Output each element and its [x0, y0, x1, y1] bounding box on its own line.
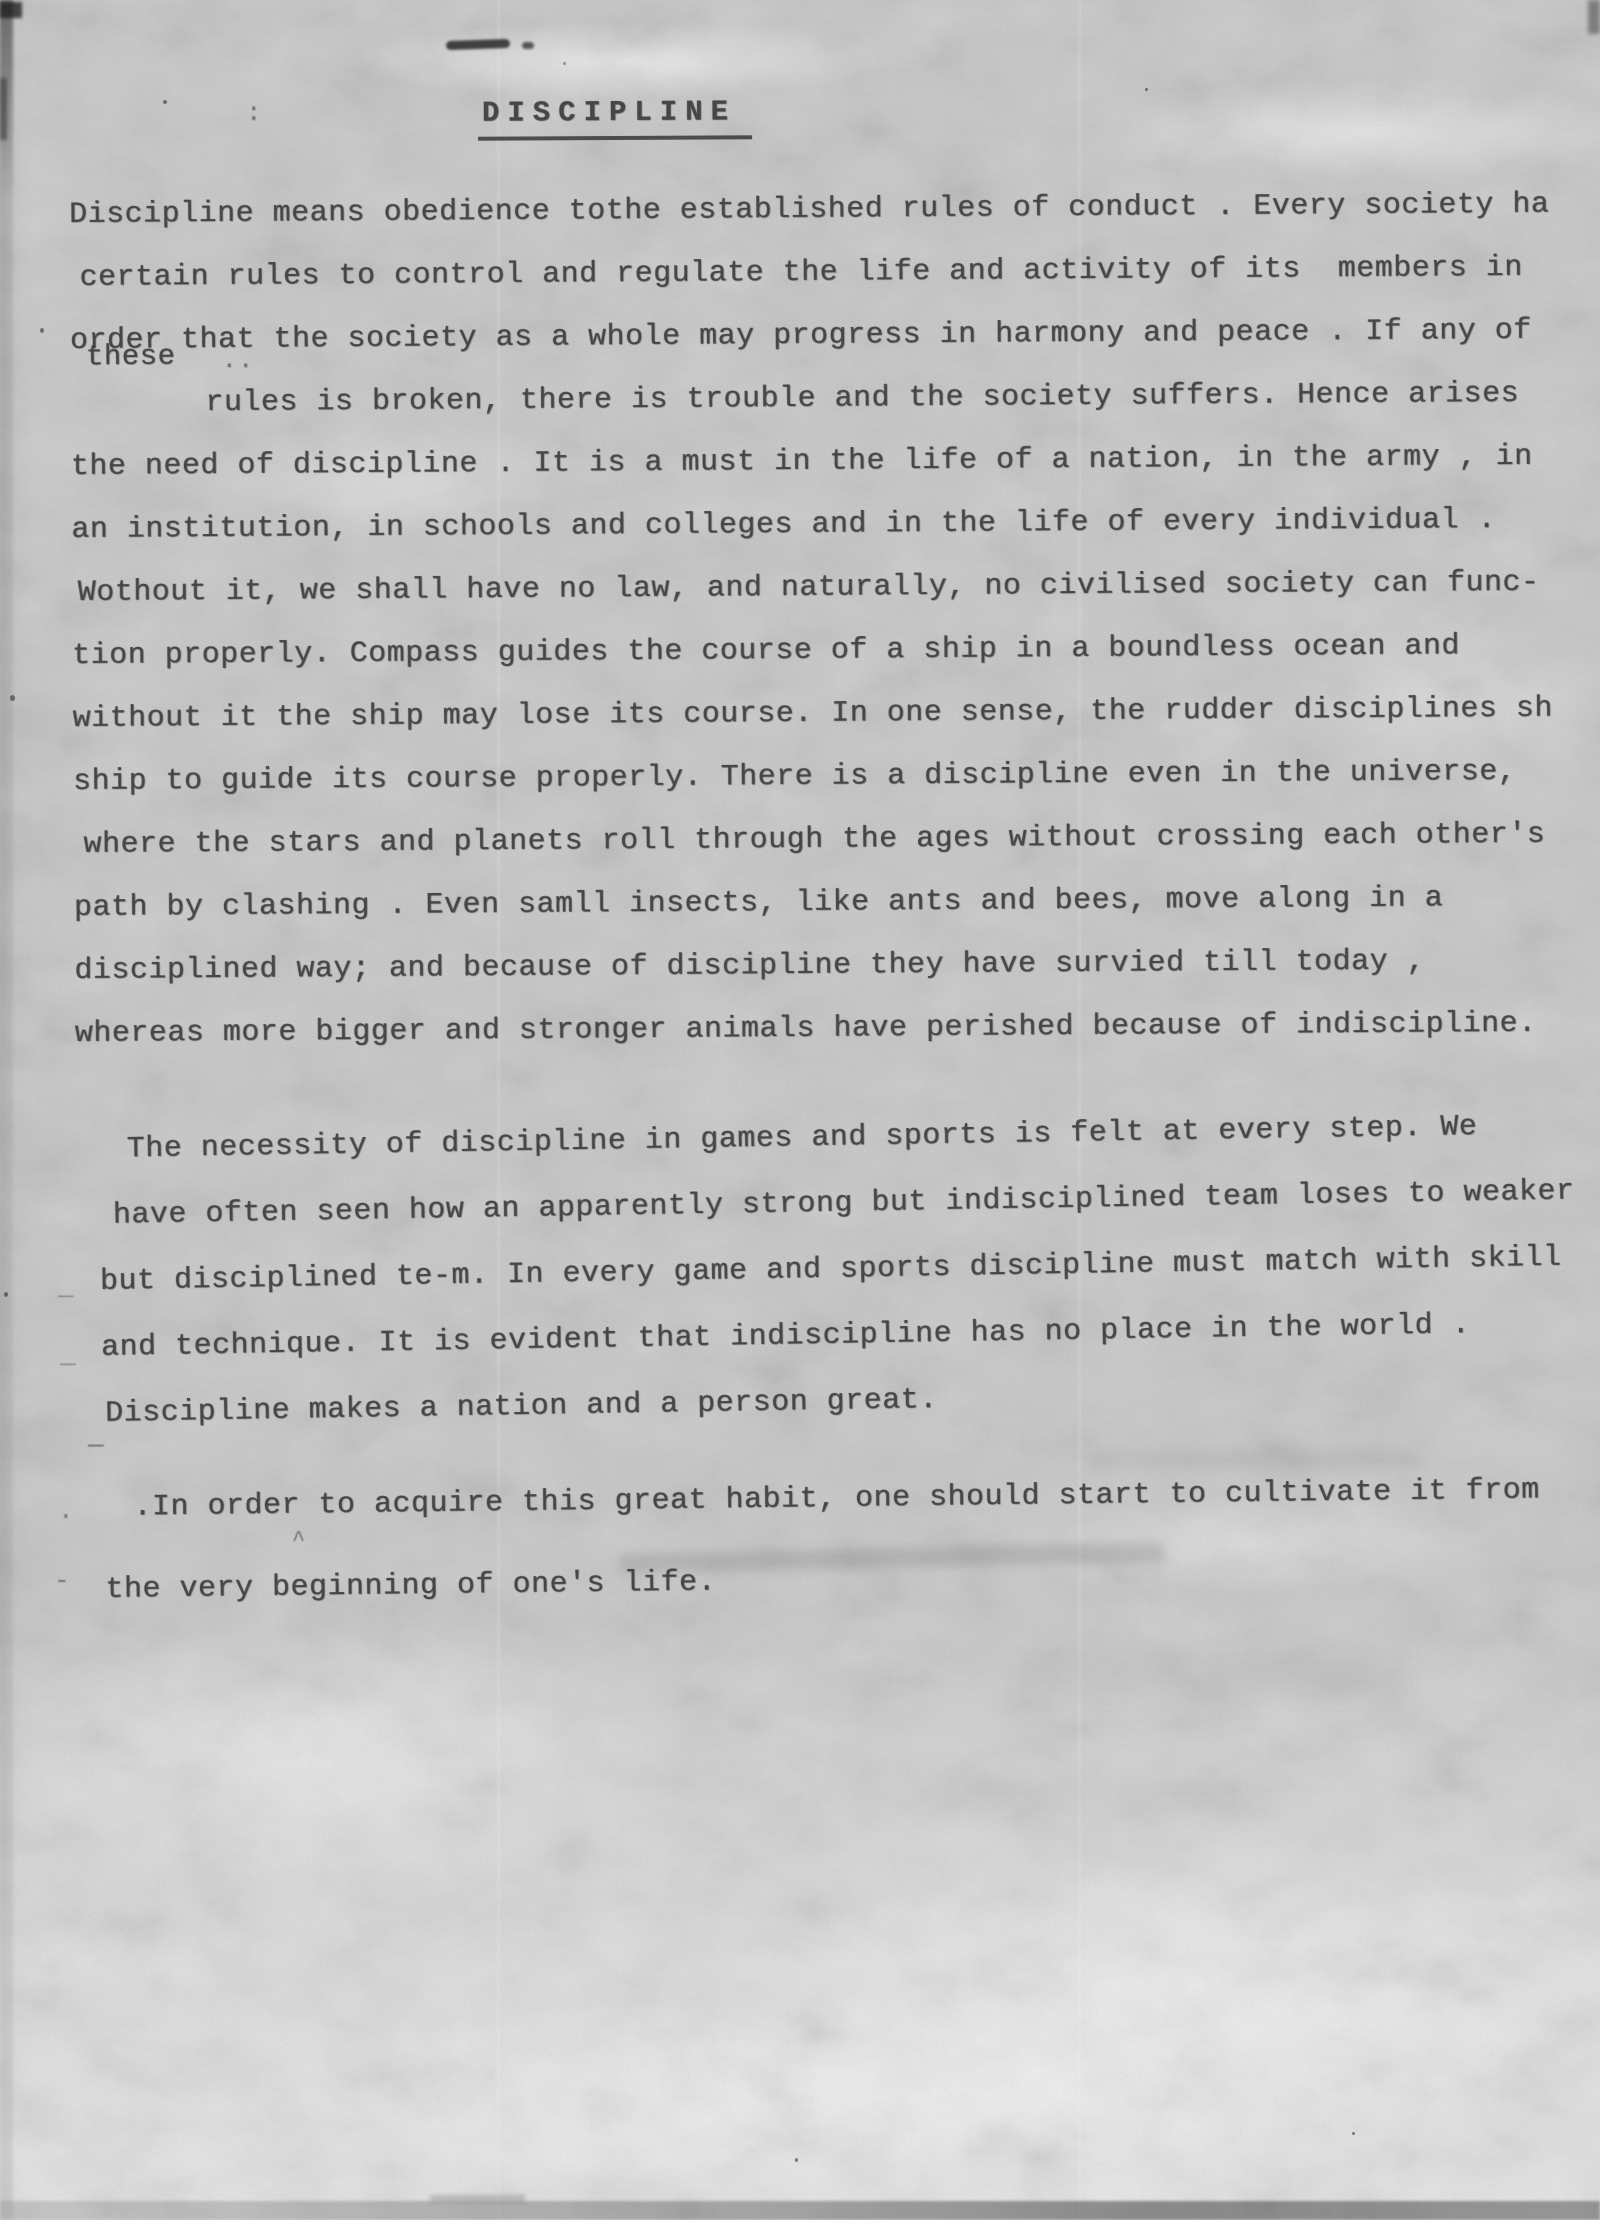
scan-corner-blob [0, 2, 22, 18]
ink-speck [10, 695, 15, 701]
title-text: DISCIPLINE [478, 95, 752, 140]
document-title: DISCIPLINE [478, 95, 752, 140]
margin-dash-mark: _ [60, 1340, 76, 1370]
text-line: without it the ship may lose its course.… [72, 678, 1553, 751]
scanned-document-page: DISCIPLINE Discipline means obedience to… [0, 0, 1600, 2220]
text-line: where the stars and planets roll through… [73, 804, 1554, 877]
ink-speck [1352, 2132, 1355, 2135]
text-line: whereas more bigger and stronger animals… [75, 993, 1556, 1066]
insertion-caret-mark: ^ [292, 1528, 305, 1553]
ink-speck [4, 1292, 8, 1297]
ink-speck [795, 2158, 798, 2162]
ink-scribble-tail [522, 42, 534, 49]
margin-dot-mark: . [58, 1496, 74, 1526]
scan-edge-shadow-bottom [0, 2201, 1600, 2220]
paragraph-2: The necessity of discipline in games and… [92, 1092, 1578, 1447]
ink-speck [563, 62, 566, 65]
ink-speck [1145, 88, 1148, 91]
text-line: tion properly. Compass guides the course… [72, 615, 1553, 688]
inserted-word: these [86, 340, 176, 374]
text-line: Wothout it, we shall have no law, and na… [72, 552, 1553, 625]
text-line: Discipline means obedience tothe establi… [69, 174, 1550, 247]
ink-speck [163, 100, 167, 104]
text-line: certain rules to control and regulate th… [69, 237, 1550, 310]
bleedthrough-ghost [940, 1780, 1240, 1816]
text-line: the need of discipline . It is a must in… [71, 426, 1552, 499]
text-line: an institution, in schools and colleges … [71, 489, 1552, 562]
text-line: disciplined way; and because of discipli… [74, 930, 1555, 1003]
text-line: ship to guide its course properly. There… [73, 741, 1554, 814]
paragraph-1: Discipline means obedience tothe establi… [69, 174, 1555, 1066]
insertion-mark: .. [222, 348, 255, 375]
text-line: order that the society as a whole may pr… [70, 300, 1551, 373]
paragraph-3: .In order to acquire this great habit, o… [99, 1449, 1541, 1631]
text-line: path by clashing . Even samll insects, l… [74, 867, 1555, 940]
margin-dash-mark: — [88, 1430, 104, 1460]
scan-edge-blob [0, 78, 7, 140]
margin-dash-mark: - [54, 1566, 70, 1596]
scan-bottom-mark [430, 2195, 525, 2202]
margin-colon-mark: : [246, 98, 262, 128]
ink-scribble [446, 39, 510, 50]
ink-speck [40, 328, 44, 333]
scan-corner-shadow [1588, 0, 1600, 34]
scan-edge-shadow-left [0, 0, 13, 2220]
text-line: the very beginning of one's life. [100, 1531, 1541, 1631]
text-line: rules is broken, there is trouble and th… [70, 363, 1551, 436]
margin-dash-mark: _ [58, 1272, 74, 1302]
